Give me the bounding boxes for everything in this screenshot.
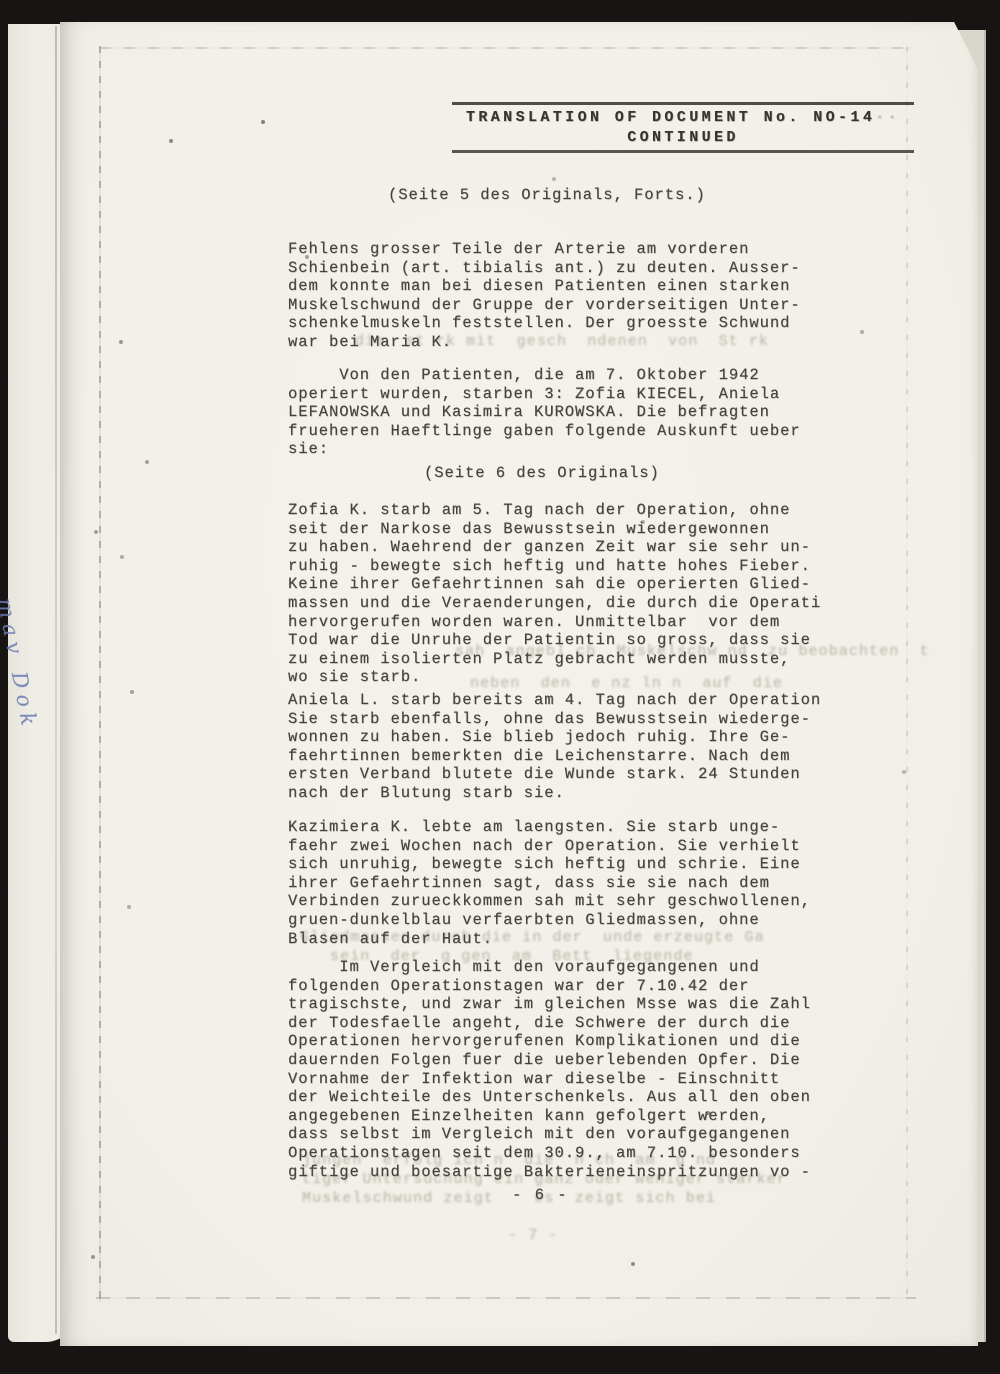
bleed-through-text: Muskelschwund zeigt es zeigt sich bei (302, 1190, 716, 1208)
photocopy-border-top (100, 47, 912, 49)
photocopy-border-right (906, 47, 908, 1297)
page-number: - 6 - (512, 1186, 569, 1205)
paragraph-6: Im Vergleich mit den voraufgegangenen un… (288, 958, 811, 1181)
bleed-through-page-number: - 7 - (508, 1227, 559, 1245)
paragraph-4: Aniela L. starb bereits am 4. Tag nach d… (288, 691, 821, 803)
paragraph-5: Kazimiera K. lebte am laengsten. Sie sta… (288, 818, 811, 948)
paragraph-3: Zofia K. starb am 5. Tag nach der Operat… (288, 501, 821, 687)
translation-header-stamp: TRANSLATION OF DOCUMENT No. NO-14·· CONT… (452, 102, 914, 153)
scanned-document-page: die st rk mit gesch ndenen von St rk sah… (0, 0, 1000, 1374)
paper-speckles (0, 0, 2, 2)
paragraph-1: Fehlens grosser Teile der Arterie am vor… (288, 240, 801, 352)
page-edge-crease (55, 26, 57, 1334)
photocopy-border-left (99, 46, 101, 1302)
section-heading-seite6: (Seite 6 des Originals) (424, 464, 660, 483)
stamp-faded-suffix: ·· (875, 109, 900, 126)
stamp-line1: TRANSLATION OF DOCUMENT No. NO-14·· (452, 107, 914, 128)
section-heading-seite5: (Seite 5 des Originals, Forts.) (388, 186, 706, 205)
paragraph-2: Von den Patienten, die am 7. Oktober 194… (288, 366, 801, 459)
stamp-document-number: TRANSLATION OF DOCUMENT No. NO-14 (466, 109, 875, 126)
photocopy-border-bottom (96, 1297, 916, 1299)
stamp-line2: CONTINUED (452, 128, 914, 147)
